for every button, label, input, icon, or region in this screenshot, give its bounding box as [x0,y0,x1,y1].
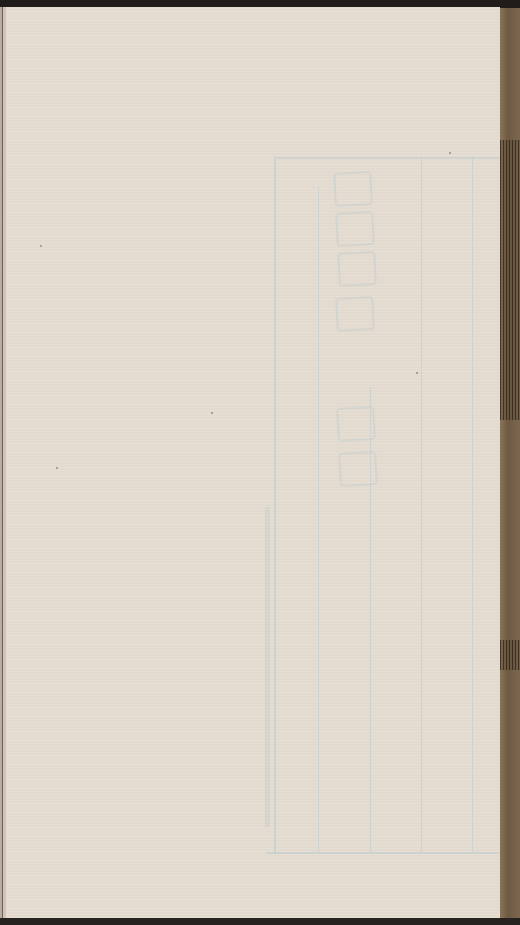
paper-speck [211,412,213,414]
bleed-rule-4 [472,157,473,852]
bleed-rule-3 [421,157,422,852]
book-page [6,7,500,918]
bleed-character [336,406,376,442]
paper-speck [40,245,42,247]
bleed-thick-stroke [265,507,270,827]
bleed-character [338,451,378,487]
bleed-character [335,211,375,247]
bleed-rule-1 [318,187,319,852]
paper-speck [56,467,58,469]
paper-speck [449,152,451,154]
bleed-character [335,296,375,332]
scan-bottom-border [0,918,520,925]
edge-ink-marks [500,140,520,420]
bleed-frame-bottom [266,852,500,854]
bleed-character [333,171,373,207]
bleed-character [337,251,377,287]
paper-speck [416,372,418,374]
bleed-frame-top [276,157,500,159]
edge-ink-marks [500,640,520,670]
bleed-frame-left [274,157,276,854]
